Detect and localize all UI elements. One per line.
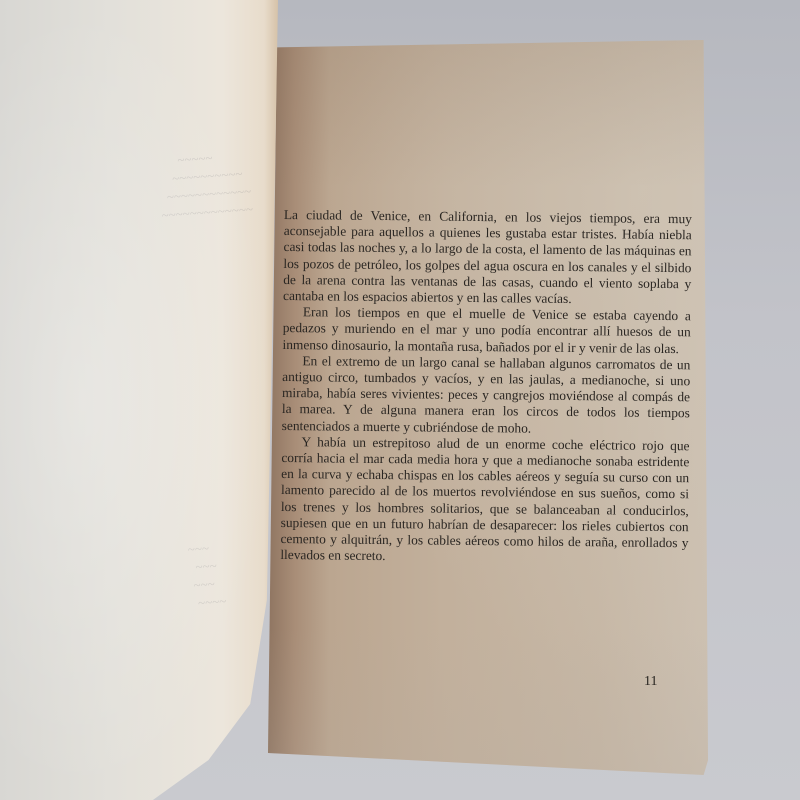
paragraph: En el extremo de un largo canal se halla… [282,353,691,438]
paragraph: Y había un estrepitoso alud de un enorme… [280,434,689,568]
photo-scene: ~~~~~ ~~~~~~~~~~ ~~~~~~~~~~~~ ~~~~~~~~~~… [0,0,800,800]
page-number: 11 [644,674,657,690]
paragraph: Eran los tiempos en que el muelle de Ven… [282,304,690,357]
page-body-text: La ciudad de Venice, en California, en l… [280,207,692,568]
bleed-through-text: ~~~ ~~~ ~~~ ~~~~ [178,539,227,614]
left-book-page: ~~~~~ ~~~~~~~~~~ ~~~~~~~~~~~~ ~~~~~~~~~~… [0,0,278,800]
paragraph: La ciudad de Venice, en California, en l… [283,207,692,308]
bleed-through-text: ~~~~~ ~~~~~~~~~~ ~~~~~~~~~~~~ ~~~~~~~~~~… [148,147,254,226]
